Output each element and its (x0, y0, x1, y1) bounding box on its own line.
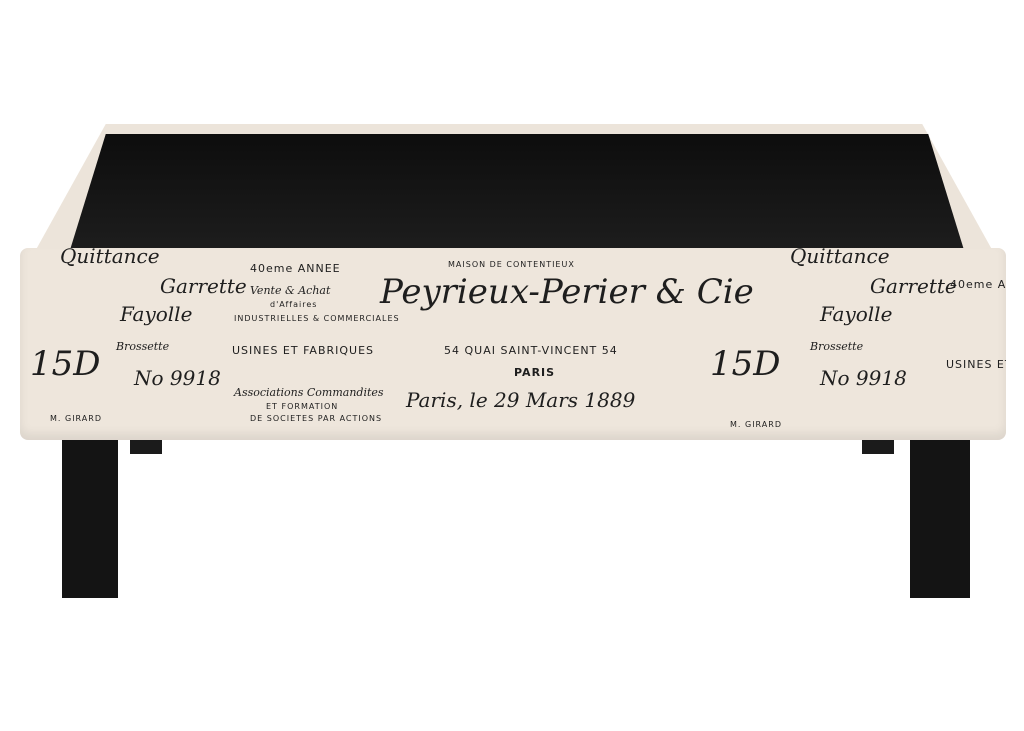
brossette-right: Brossette (810, 340, 863, 353)
usines-left: USINES ET FABRIQUES (232, 344, 374, 357)
initials-right: 15D (710, 344, 781, 384)
number-right: No 9918 (820, 366, 907, 390)
affaires-left: d'Affaires (270, 300, 317, 309)
annee-left: 40eme ANNEE (250, 262, 341, 275)
formation-left: ET FORMATION (266, 402, 338, 411)
bench-front-panel: MAISON DE CONTENTIEUX Peyrieux-Perier & … (20, 248, 1006, 440)
garrette-left: Garrette (160, 274, 247, 298)
number-left: No 9918 (134, 366, 221, 390)
girard-right: M. GIRARD (730, 420, 782, 429)
center-title: Peyrieux-Perier & Cie (380, 272, 754, 312)
front-left-leg (62, 432, 118, 598)
vente-left: Vente & Achat (250, 284, 330, 297)
fayolle-left: Fayolle (120, 302, 192, 326)
brossette-left: Brossette (116, 340, 169, 353)
front-right-leg (910, 432, 970, 598)
maison-text: MAISON DE CONTENTIEUX (448, 260, 575, 269)
city-text: PARIS (514, 366, 555, 379)
associations-left: Associations Commandites (234, 386, 384, 399)
societes-left: DE SOCIETES PAR ACTIONS (250, 414, 382, 423)
product-photo: MAISON DE CONTENTIEUX Peyrieux-Perier & … (0, 0, 1024, 731)
address-text: 54 QUAI SAINT-VINCENT 54 (444, 344, 618, 357)
quittance-right: Quittance (790, 248, 890, 268)
annee-right: 40eme ANNEE (950, 278, 1006, 291)
bench-interior (70, 134, 964, 250)
usines-right: USINES ET FABRIQUES (946, 358, 1006, 371)
industrielles-left: INDUSTRIELLES & COMMERCIALES (234, 314, 400, 323)
initials-left: 15D (30, 344, 101, 384)
girard-left: M. GIRARD (50, 414, 102, 423)
quittance-left: Quittance (60, 248, 160, 268)
garrette-right: Garrette (870, 274, 957, 298)
fayolle-right: Fayolle (820, 302, 892, 326)
date-line: Paris, le 29 Mars 1889 (406, 388, 635, 412)
